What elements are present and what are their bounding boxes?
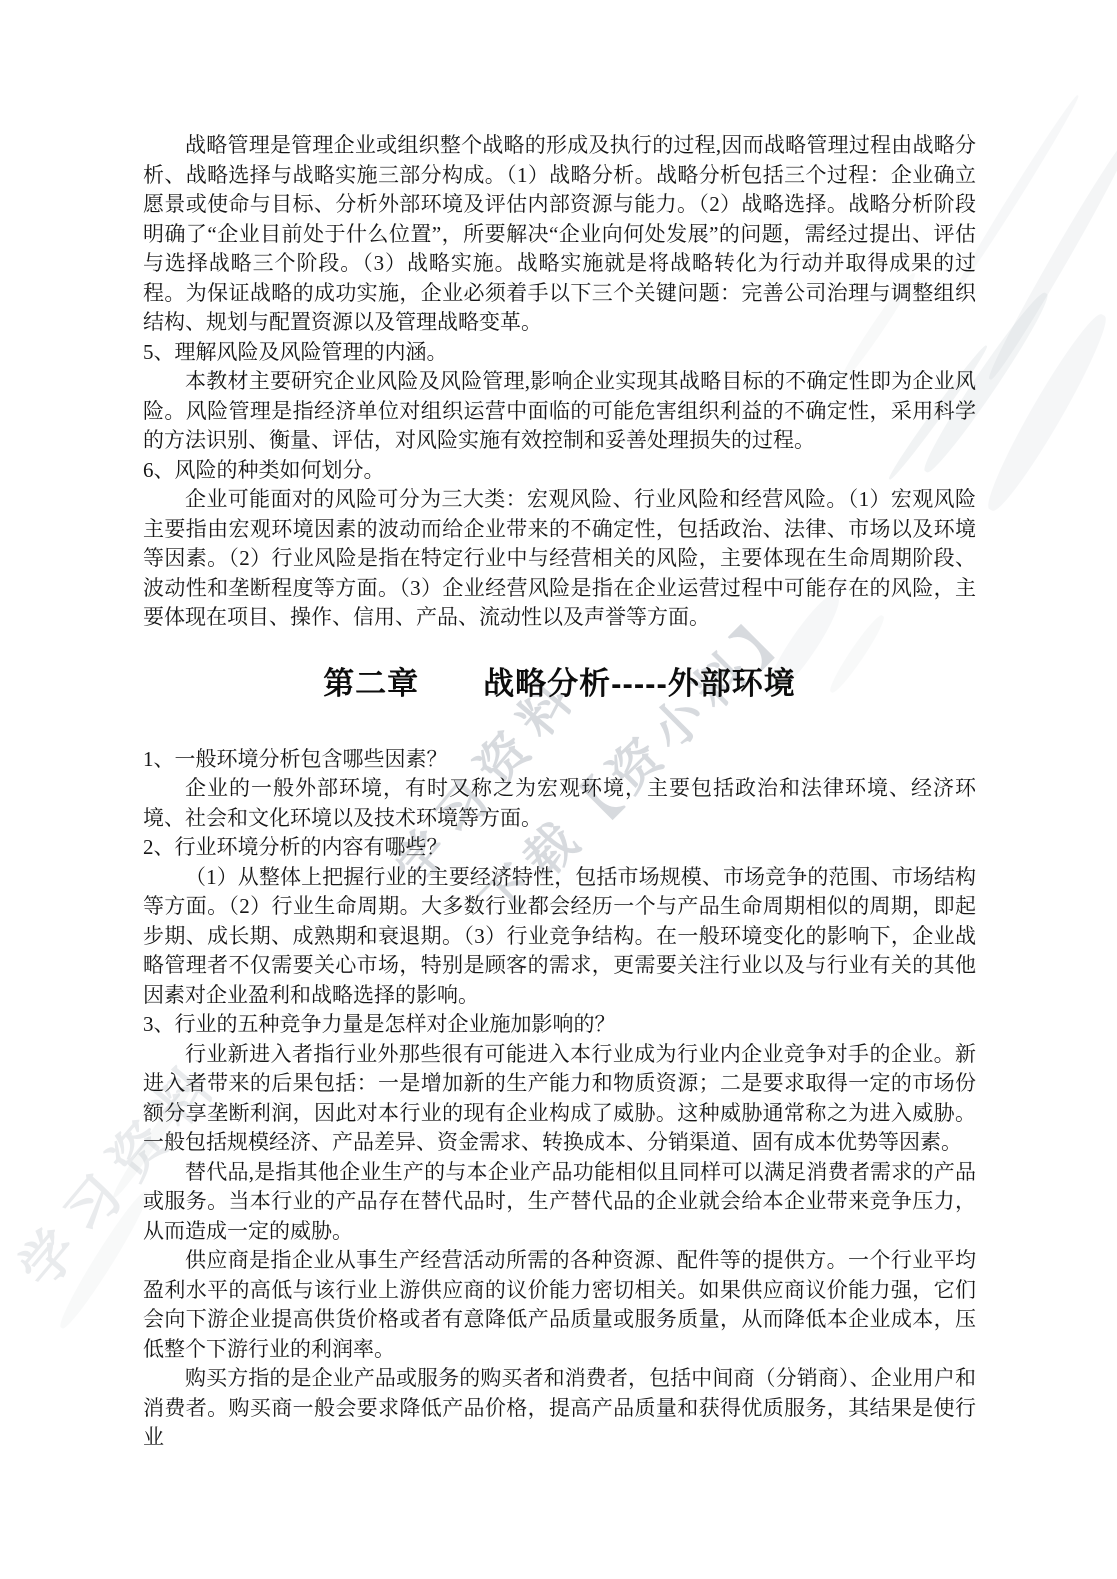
question-item: 6、风险的种类如何划分。 (143, 456, 976, 486)
watermark-streak (978, 308, 1116, 518)
paragraph: 企业可能面对的风险可分为三大类：宏观风险、行业风险和经营风险。（1）宏观风险主要… (143, 485, 976, 633)
document-content: 战略管理是管理企业或组织整个战略的形成及执行的过程,因而战略管理过程由战略分析、… (143, 131, 976, 1453)
watermark-streak (983, 133, 1117, 383)
paragraph: 本教材主要研究企业风险及风险管理,影响企业实现其战略目标的不确定性即为企业风险。… (143, 367, 976, 456)
question-item: 2、行业环境分析的内容有哪些？ (143, 833, 976, 863)
question-item: 1、一般环境分析包含哪些因素？ (143, 745, 976, 775)
paragraph: 替代品,是指其他企业生产的与本企业产品功能相似且同样可以满足消费者需求的产品或服… (143, 1158, 976, 1247)
chapter-heading: 第二章 战略分析-----外部环境 (143, 663, 976, 705)
watermark-streak (54, 1187, 154, 1332)
question-item: 5、理解风险及风险管理的内涵。 (143, 338, 976, 368)
paragraph: 企业的一般外部环境，有时又称之为宏观环境，主要包括政治和法律环境、经济环境、社会… (143, 774, 976, 833)
paragraph: 供应商是指企业从事生产经营活动所需的各种资源、配件等的提供方。一个行业平均盈利水… (143, 1246, 976, 1364)
paragraph: 战略管理是管理企业或组织整个战略的形成及执行的过程,因而战略管理过程由战略分析、… (143, 131, 976, 338)
paragraph: （1）从整体上把握行业的主要经济特性，包括市场规模、市场竞争的范围、市场结构等方… (143, 863, 976, 1011)
paragraph: 行业新进入者指行业外那些很有可能进入本行业成为行业内企业竞争对手的企业。新进入者… (143, 1040, 976, 1158)
document-page: 学习资料 下载【资小料】 学习资料 战略管理是管理企业或组织整个战略的形成及执行… (0, 0, 1117, 1579)
paragraph: 购买方指的是企业产品或服务的购买者和消费者，包括中间商（分销商）、企业用户和消费… (143, 1364, 976, 1453)
question-item: 3、行业的五种竞争力量是怎样对企业施加影响的？ (143, 1010, 976, 1040)
